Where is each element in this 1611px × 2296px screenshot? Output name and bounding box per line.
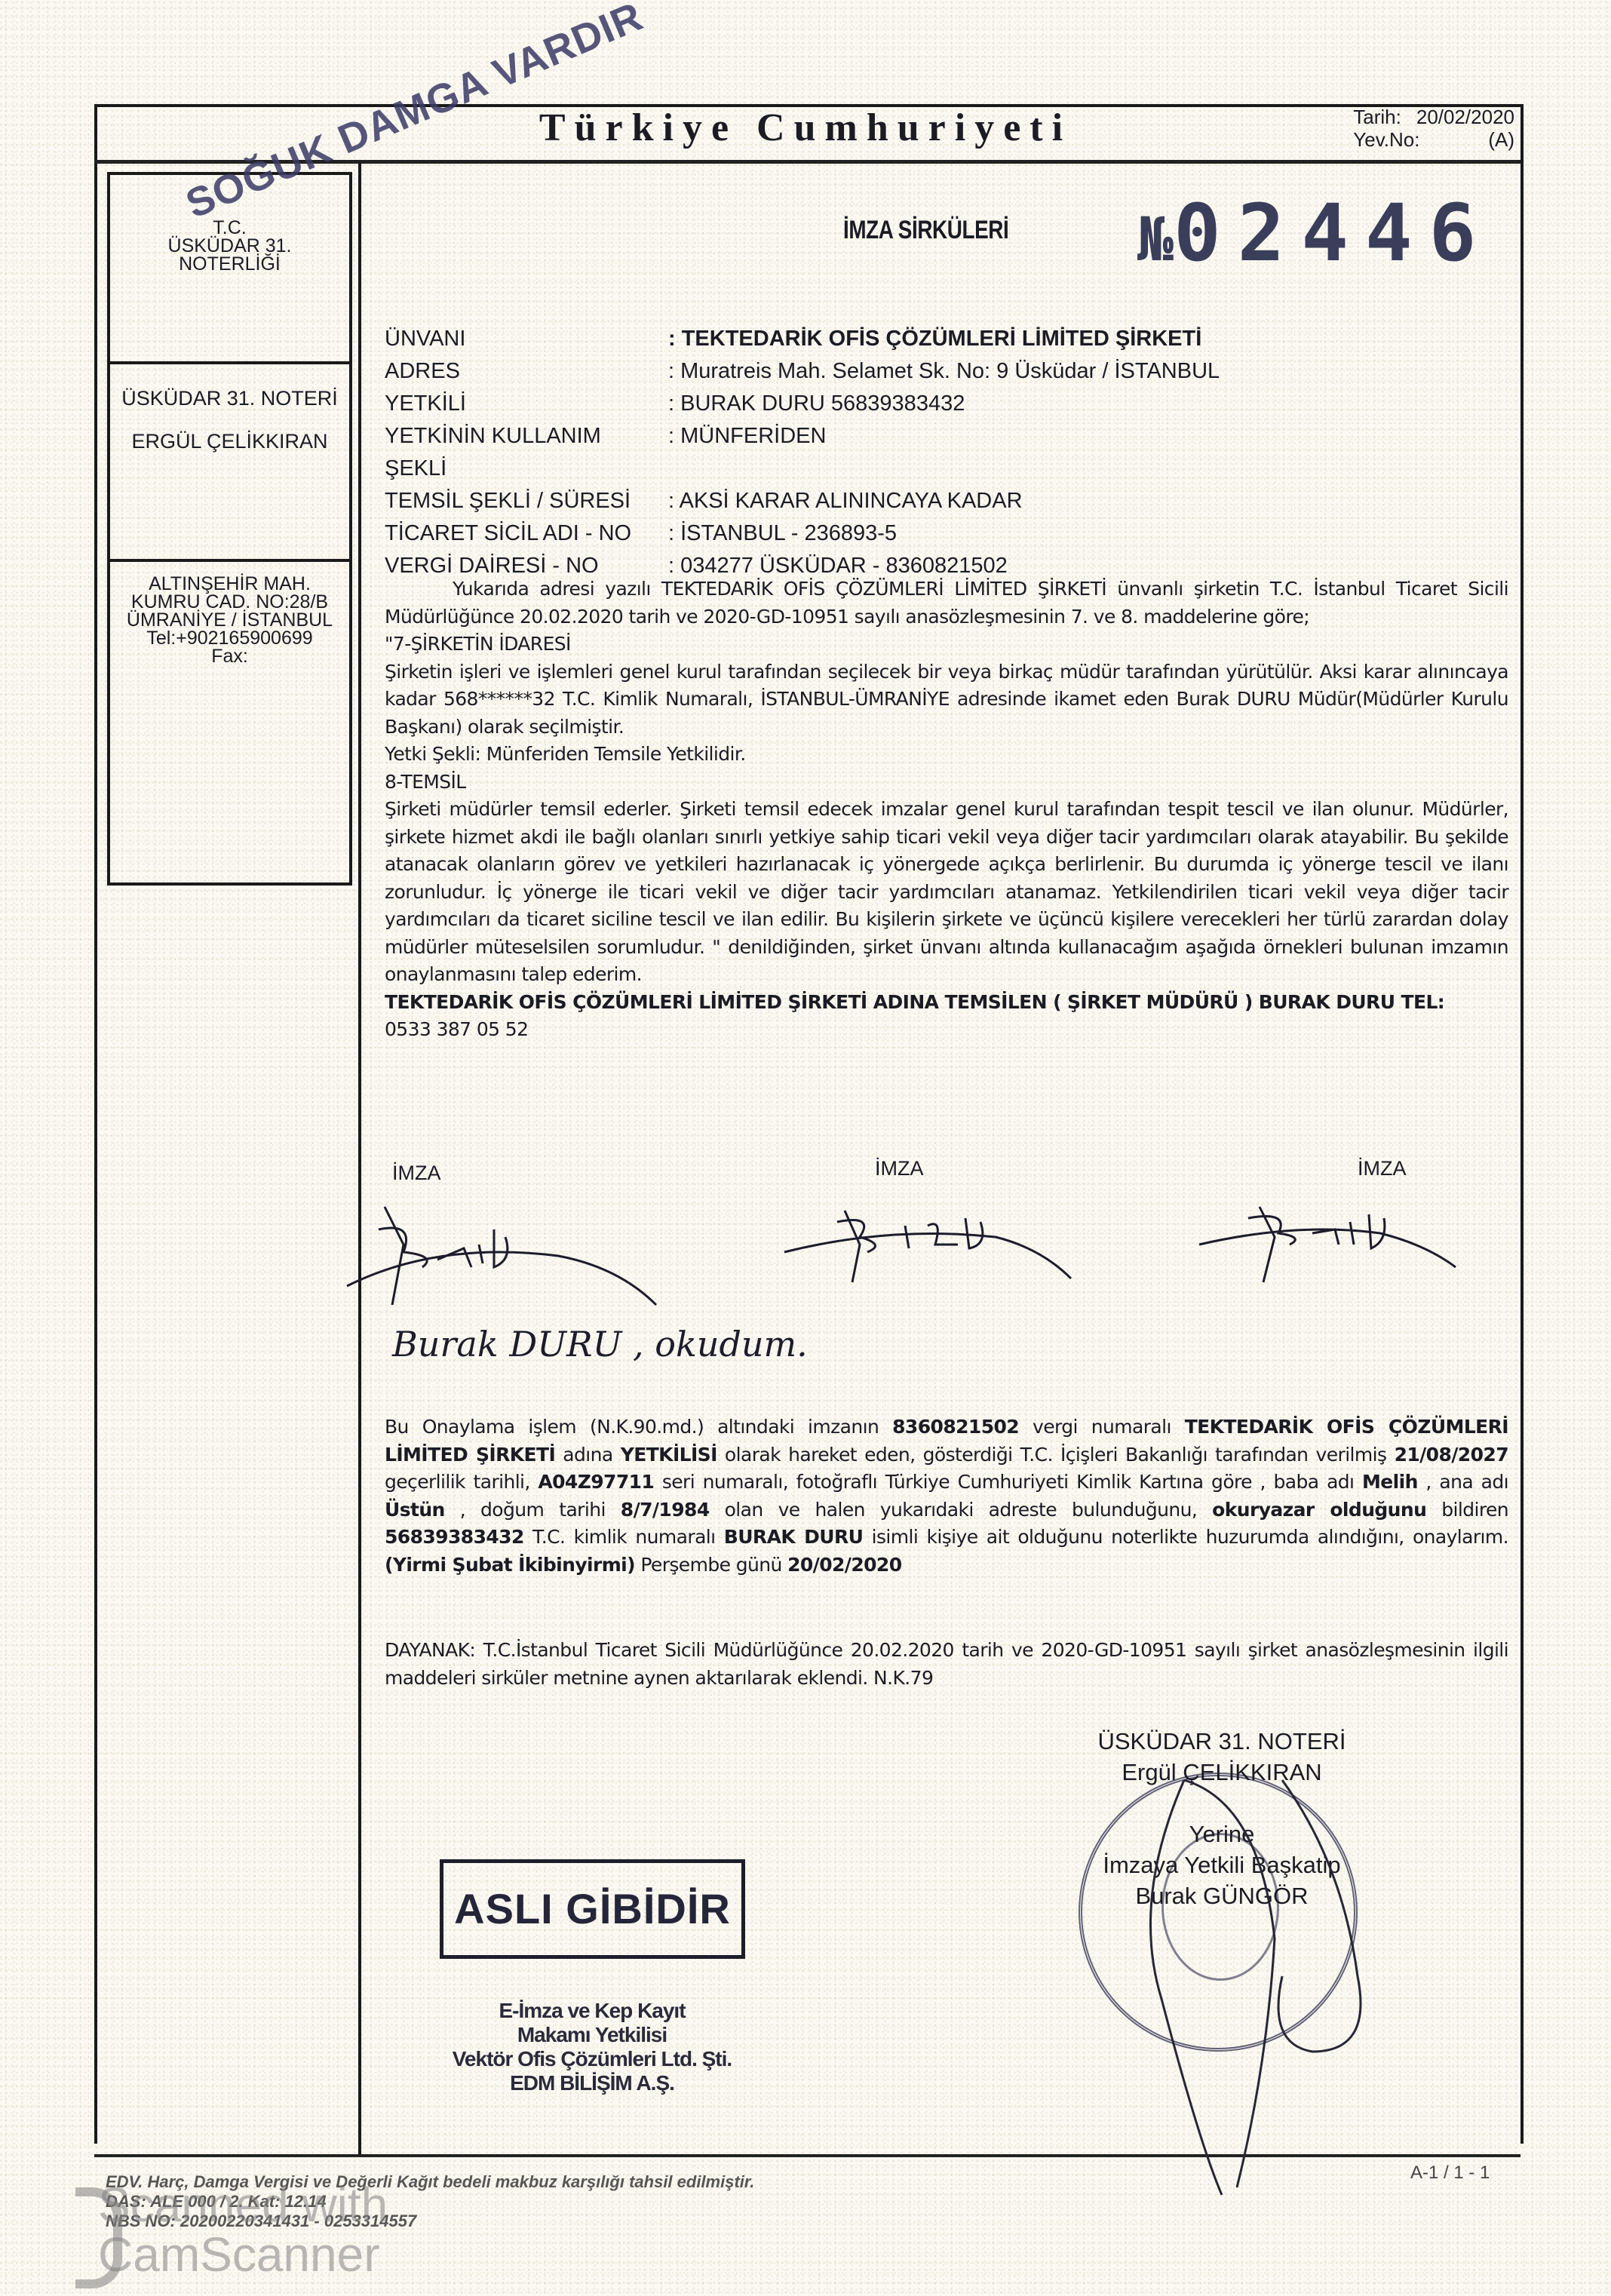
approval-text: adına (555, 1444, 621, 1466)
article-8-title: 8-TEMSİL (385, 769, 1508, 797)
fax-line: Fax: (107, 647, 352, 665)
info-row: TİCARET SİCİL ADI - NO: İSTANBUL - 23689… (385, 517, 1220, 550)
signature-label-3: İMZA (1358, 1157, 1407, 1180)
info-value: : İSTANBUL - 236893-5 (668, 517, 897, 550)
journal-no-value: (A) (1488, 128, 1514, 151)
edm-line: EDM BİLİŞİM A.Ş. (422, 2071, 762, 2095)
info-row: ÜNVANI: TEKTEDARİK OFİS ÇÖZÜMLERİ LİMİTE… (385, 323, 1220, 355)
representative-phone: 0533 387 05 52 (385, 1016, 1508, 1044)
notary-address-section: ALTINŞEHİR MAH. KUMRU CAD. NO:28/B ÜMRAN… (107, 575, 352, 665)
approval-person: BURAK DURU (724, 1526, 864, 1548)
journal-no-label: Yev.No: (1353, 128, 1419, 151)
approval-text: T.C. kimlik numaralı (524, 1526, 724, 1548)
article-7-title: "7-ŞİRKETİN İDARESİ (385, 631, 1508, 658)
approval-text: , doğum tarihi (445, 1499, 621, 1521)
approval-text: geçerlilik tarihli, (385, 1471, 538, 1493)
approval-text: isimli kişiye ait olduğunu noterlikte hu… (863, 1526, 1508, 1548)
handwritten-read-note: Burak DURU , okudum. (392, 1324, 808, 1364)
edm-line: Vektör Ofis Çözümleri Ltd. Şti. (422, 2047, 762, 2071)
info-value: : AKSİ KARAR ALININCAYA KADAR (668, 485, 1023, 517)
info-value: : TEKTEDARİK OFİS ÇÖZÜMLERİ LİMİTED ŞİRK… (668, 323, 1201, 355)
notary-title: ÜSKÜDAR 31. NOTERİ (107, 387, 352, 410)
representative-rest: ADINA TEMSİLEN ( ŞİRKET MÜDÜRÜ ) BURAK D… (867, 991, 1445, 1013)
date-box: Tarih:20/02/2020 Yev.No:(A) (1353, 106, 1514, 151)
info-label: YETKİLİ (385, 388, 668, 420)
approval-paragraph: Bu Onaylama işlem (N.K.90.md.) altındaki… (385, 1414, 1508, 1579)
approval-text: Bu Onaylama işlem (N.K.90.md.) altındaki… (385, 1416, 892, 1438)
approval-tax-no: 8360821502 (892, 1416, 1019, 1438)
certified-copy-stamp: ASLI GİBİDİR (440, 1859, 745, 1959)
info-label: TEMSİL ŞEKLİ / SÜRESİ (385, 485, 668, 517)
article-7-authority: Yetki Şekli: Münferiden Temsile Yetkilid… (385, 741, 1508, 769)
approval-serial: A04Z97711 (538, 1471, 654, 1493)
watermark-line: Scanned with (98, 2180, 388, 2230)
representative-company: TEKTEDARİK OFİS ÇÖZÜMLERİ LİMİTED ŞİRKET… (385, 991, 867, 1013)
dayanak-paragraph: DAYANAK: T.C.İstanbul Ticaret Sicili Müd… (385, 1637, 1508, 1692)
edm-line: E-İmza ve Kep Kayıt (422, 1999, 762, 2023)
signatures-drawing (332, 1184, 1539, 1320)
document-type-title: İMZA SİRKÜLERİ (843, 216, 1008, 245)
address-line: ALTINŞEHİR MAH. (107, 575, 352, 593)
approval-date: 20/02/2020 (787, 1554, 901, 1576)
info-row: YETKİLİ: BURAK DURU 56839383432 (385, 388, 1220, 420)
page-reference: A-1 / 1 - 1 (1410, 2162, 1490, 2184)
approval-text: bildiren (1426, 1499, 1508, 1521)
document-number: №02446 (1137, 187, 1493, 279)
column-divider (358, 162, 361, 2156)
camscanner-watermark: Scanned with CamScanner (98, 2180, 388, 2279)
company-info-table: ÜNVANI: TEKTEDARİK OFİS ÇÖZÜMLERİ LİMİTE… (385, 323, 1220, 582)
info-value: : MÜNFERİDEN (668, 420, 826, 485)
info-row: TEMSİL ŞEKLİ / SÜRESİ: AKSİ KARAR ALININ… (385, 485, 1220, 517)
intro-paragraph: Yukarıda adresi yazılı TEKTEDARİK OFİS Ç… (385, 576, 1508, 631)
approval-text: Perşembe günü (635, 1554, 787, 1576)
address-line: ÜMRANİYE / İSTANBUL (107, 611, 352, 629)
approval-text: olan ve halen yukarıdaki adreste bulundu… (710, 1499, 1213, 1521)
notary-name-section: ÜSKÜDAR 31. NOTERİ ERGÜL ÇELİKKIRAN (107, 364, 352, 562)
document-number-value: 02446 (1174, 187, 1493, 279)
info-value: : BURAK DURU 56839383432 (668, 388, 965, 420)
approval-date-words: (Yirmi Şubat İkibinyirmi) (385, 1554, 635, 1576)
circular-body: Yukarıda adresi yazılı TEKTEDARİK OFİS Ç… (385, 576, 1508, 1044)
info-label: ÜNVANI (385, 323, 668, 355)
info-label: ADRES (385, 355, 668, 388)
approval-text: olarak hareket eden, gösterdiği T.C. İçi… (717, 1444, 1395, 1466)
date-label: Tarih: (1353, 106, 1401, 128)
phone-line: Tel:+902165900699 (107, 629, 352, 647)
info-label: TİCARET SİCİL ADI - NO (385, 517, 668, 550)
info-row: ADRES: Muratreis Mah. Selamet Sk. No: 9 … (385, 355, 1220, 388)
edm-line: Makamı Yetkilisi (422, 2023, 762, 2047)
info-value: : Muratreis Mah. Selamet Sk. No: 9 Üsküd… (668, 355, 1220, 388)
office-line: T.C. (107, 219, 352, 237)
office-line: ÜSKÜDAR 31. (107, 237, 352, 255)
representative-line: TEKTEDARİK OFİS ÇÖZÜMLERİ LİMİTED ŞİRKET… (385, 989, 1508, 1017)
date-value: 20/02/2020 (1416, 106, 1514, 128)
approval-role: YETKİLİSİ (621, 1444, 717, 1466)
e-signature-stamp: E-İmza ve Kep Kayıt Makamı Yetkilisi Vek… (422, 1999, 762, 2095)
approval-text: seri numaralı, fotoğraflı Türkiye Cumhur… (654, 1471, 1362, 1493)
article-8-body: Şirketi müdürler temsil ederler. Şirketi… (385, 796, 1508, 989)
notary-name: ERGÜL ÇELİKKIRAN (107, 430, 352, 453)
approval-validity: 21/08/2027 (1395, 1444, 1508, 1466)
numero-sign-icon: № (1137, 204, 1174, 275)
approval-birth: 8/7/1984 (621, 1499, 710, 1521)
approval-text: , ana adı (1418, 1471, 1508, 1493)
approval-text: vergi numaralı (1019, 1416, 1185, 1438)
approval-tc-no: 56839383432 (385, 1526, 524, 1548)
approval-mother: Üstün (385, 1499, 445, 1521)
approval-literate: okuryazar olduğunu (1212, 1499, 1426, 1521)
address-line: KUMRU CAD. NO:28/B (107, 593, 352, 611)
article-7-body: Şirketin işleri ve işlemleri genel kurul… (385, 658, 1508, 741)
signature-label-2: İMZA (875, 1157, 924, 1180)
signature-label-1: İMZA (392, 1162, 441, 1185)
notary-signature-scribble (1086, 1750, 1403, 2202)
info-label: YETKİNİN KULLANIM ŞEKLİ (385, 420, 668, 485)
approval-father: Melih (1362, 1471, 1418, 1493)
info-row: YETKİNİN KULLANIM ŞEKLİ: MÜNFERİDEN (385, 420, 1220, 485)
office-line: NOTERLİĞİ (107, 255, 352, 273)
watermark-line: CamScanner (98, 2230, 388, 2279)
